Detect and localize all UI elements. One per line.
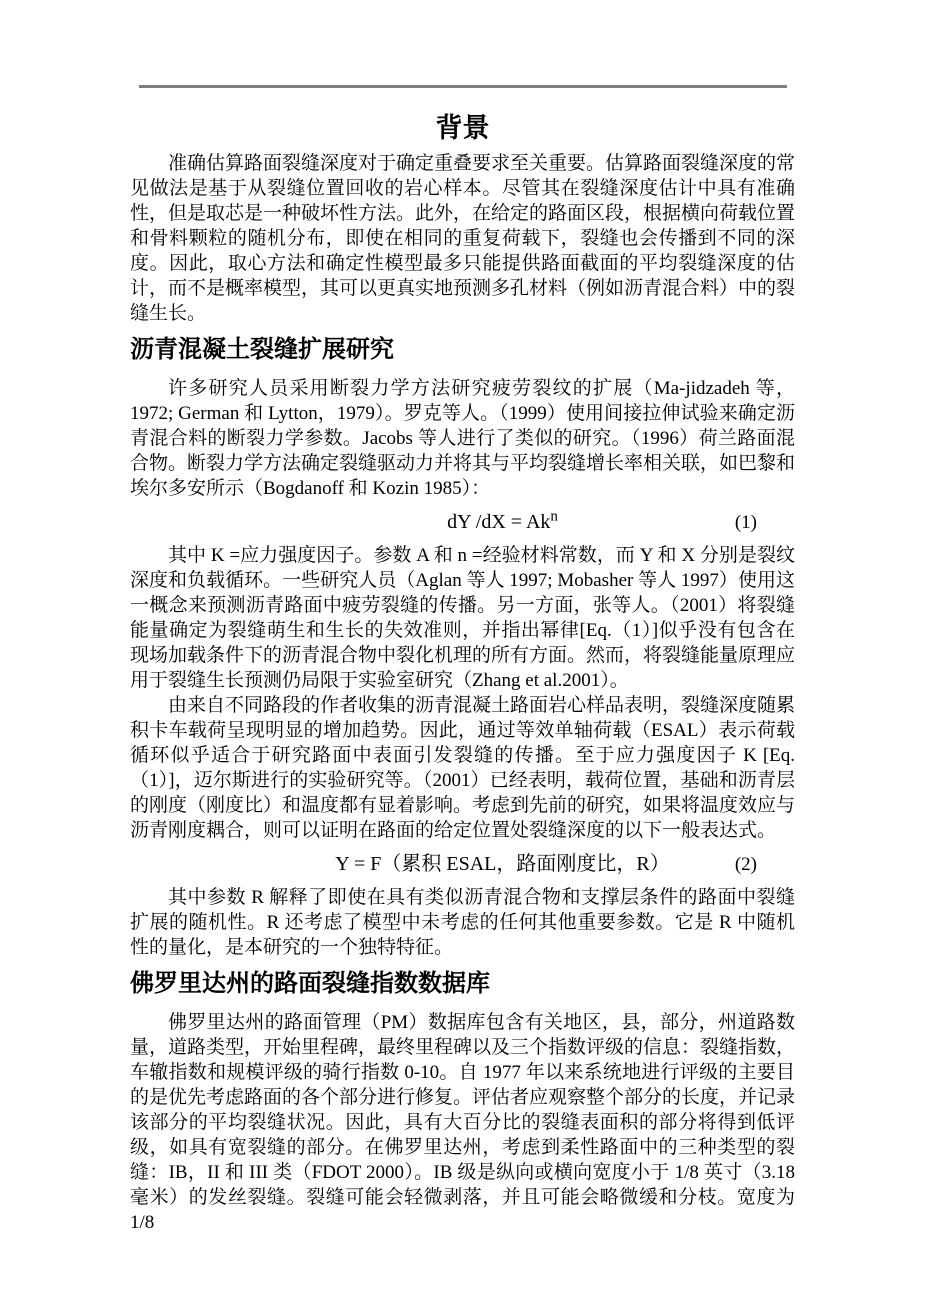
equation-2-body: Y = F（累积 ESAL，路面刚度比，R） [335,853,669,875]
document-page: 背景 准确估算路面裂缝深度对于确定重叠要求至关重要。估算路面裂缝深度的常见做法是… [0,0,926,1309]
section1-heading: 沥青混凝土裂缝扩展研究 [130,334,795,366]
equation-1: dY /dX = Akn (1) [130,509,795,535]
section1-paragraph-2: 其中 K =应力强度因子。参数 A 和 n =经验材料常数，而 Y 和 X 分别… [130,543,795,693]
page-title: 背景 [130,109,795,147]
section2-paragraph-1: 佛罗里达州的路面管理（PM）数据库包含有关地区，县，部分，州道路数量，道路类型，… [130,1010,795,1235]
equation-1-body: dY /dX = Ak [447,511,550,533]
section1-paragraph-4: 其中参数 R 解释了即使在具有类似沥青混合物和支撑层条件的路面中裂缝扩展的随机性… [130,885,795,960]
section1-paragraph-3: 由来自不同路段的作者收集的沥青混凝土路面岩心样品表明，裂缝深度随累积卡车载荷呈现… [130,693,795,843]
intro-paragraph: 准确估算路面裂缝深度对于确定重叠要求至关重要。估算路面裂缝深度的常见做法是基于从… [130,151,795,326]
equation-1-superscript: n [550,508,558,524]
section1-paragraph-1: 许多研究人员采用断裂力学方法研究疲劳裂纹的扩展（Ma-jidzadeh 等，19… [130,376,795,501]
equation-2-number: (2) [735,852,757,878]
section2-heading: 佛罗里达州的路面裂缝指数数据库 [130,968,795,1000]
equation-1-number: (1) [735,510,757,536]
header-rule [139,85,787,88]
equation-2: Y = F（累积 ESAL，路面刚度比，R） (2) [130,851,795,877]
